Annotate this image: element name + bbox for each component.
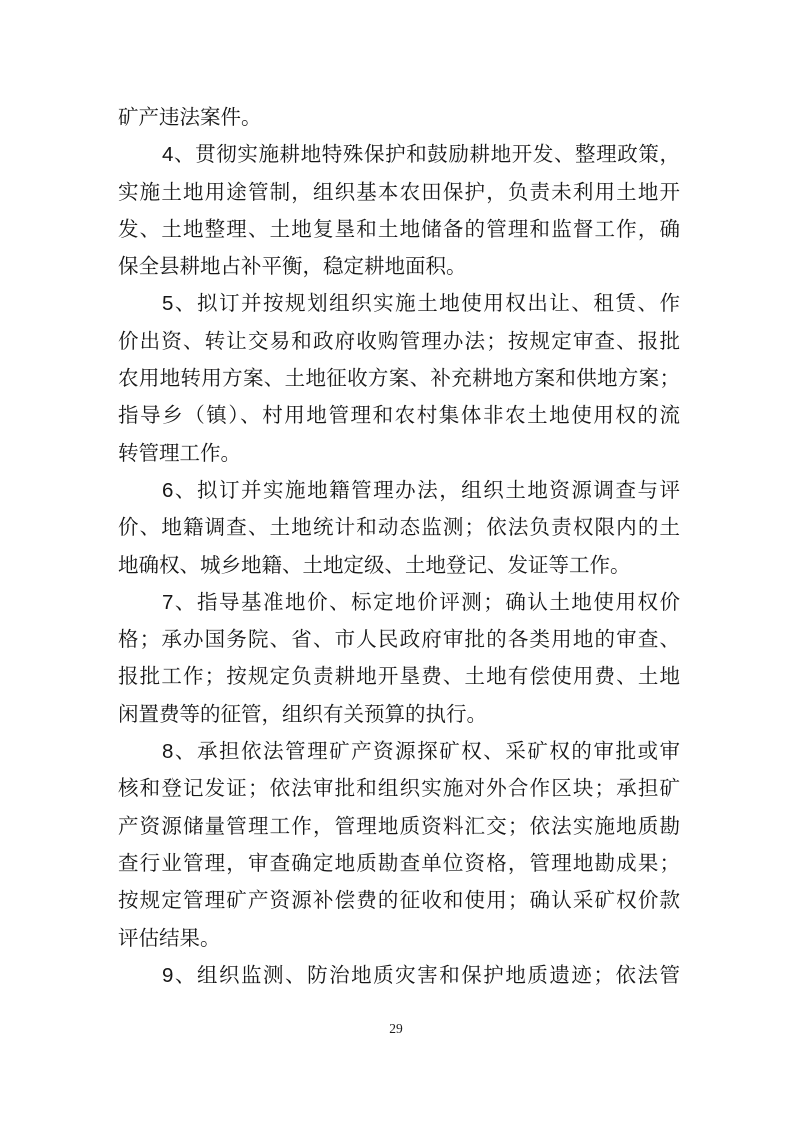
text-line: 转管理工作。: [118, 435, 680, 472]
document-page: 矿产违法案件。4、贯彻实施耕地特殊保护和鼓励耕地开发、整理政策，实施土地用途管制…: [0, 0, 792, 1122]
text-line: 保全县耕地占补平衡，稳定耕地面积。: [118, 248, 680, 285]
text-line: 核和登记发证；依法审批和组织实施对外合作区块；承担矿: [118, 770, 680, 807]
text-line: 5、拟订并按规划组织实施土地使用权出让、租赁、作: [118, 285, 680, 322]
text-line: 实施土地用途管制，组织基本农田保护，负责未利用土地开: [118, 174, 680, 211]
document-body: 矿产违法案件。4、贯彻实施耕地特殊保护和鼓励耕地开发、整理政策，实施土地用途管制…: [118, 99, 680, 994]
text-line: 8、承担依法管理矿产资源探矿权、采矿权的审批或审: [118, 733, 680, 770]
text-line: 4、贯彻实施耕地特殊保护和鼓励耕地开发、整理政策，: [118, 136, 680, 173]
text-line: 价、地籍调查、土地统计和动态监测；依法负责权限内的土: [118, 509, 680, 546]
text-line: 9、组织监测、防治地质灾害和保护地质遗迹；依法管: [118, 957, 680, 994]
text-line: 矿产违法案件。: [118, 99, 680, 136]
text-line: 报批工作；按规定负责耕地开垦费、土地有偿使用费、土地: [118, 658, 680, 695]
text-line: 6、拟订并实施地籍管理办法，组织土地资源调查与评: [118, 472, 680, 509]
text-line: 查行业管理，审查确定地质勘查单位资格，管理地勘成果；: [118, 845, 680, 882]
page-number: 29: [0, 1021, 792, 1037]
text-line: 闲置费等的征管，组织有关预算的执行。: [118, 696, 680, 733]
text-line: 7、指导基准地价、标定地价评测；确认土地使用权价: [118, 584, 680, 621]
text-line: 产资源储量管理工作，管理地质资料汇交；依法实施地质勘: [118, 808, 680, 845]
text-line: 农用地转用方案、土地征收方案、补充耕地方案和供地方案；: [118, 360, 680, 397]
text-line: 按规定管理矿产资源补偿费的征收和使用；确认采矿权价款: [118, 882, 680, 919]
text-line: 发、土地整理、土地复垦和土地储备的管理和监督工作，确: [118, 211, 680, 248]
text-line: 地确权、城乡地籍、土地定级、土地登记、发证等工作。: [118, 547, 680, 584]
text-line: 格；承办国务院、省、市人民政府审批的各类用地的审查、: [118, 621, 680, 658]
text-line: 指导乡（镇）、村用地管理和农村集体非农土地使用权的流: [118, 397, 680, 434]
text-line: 评估结果。: [118, 920, 680, 957]
text-line: 价出资、转让交易和政府收购管理办法；按规定审查、报批: [118, 323, 680, 360]
